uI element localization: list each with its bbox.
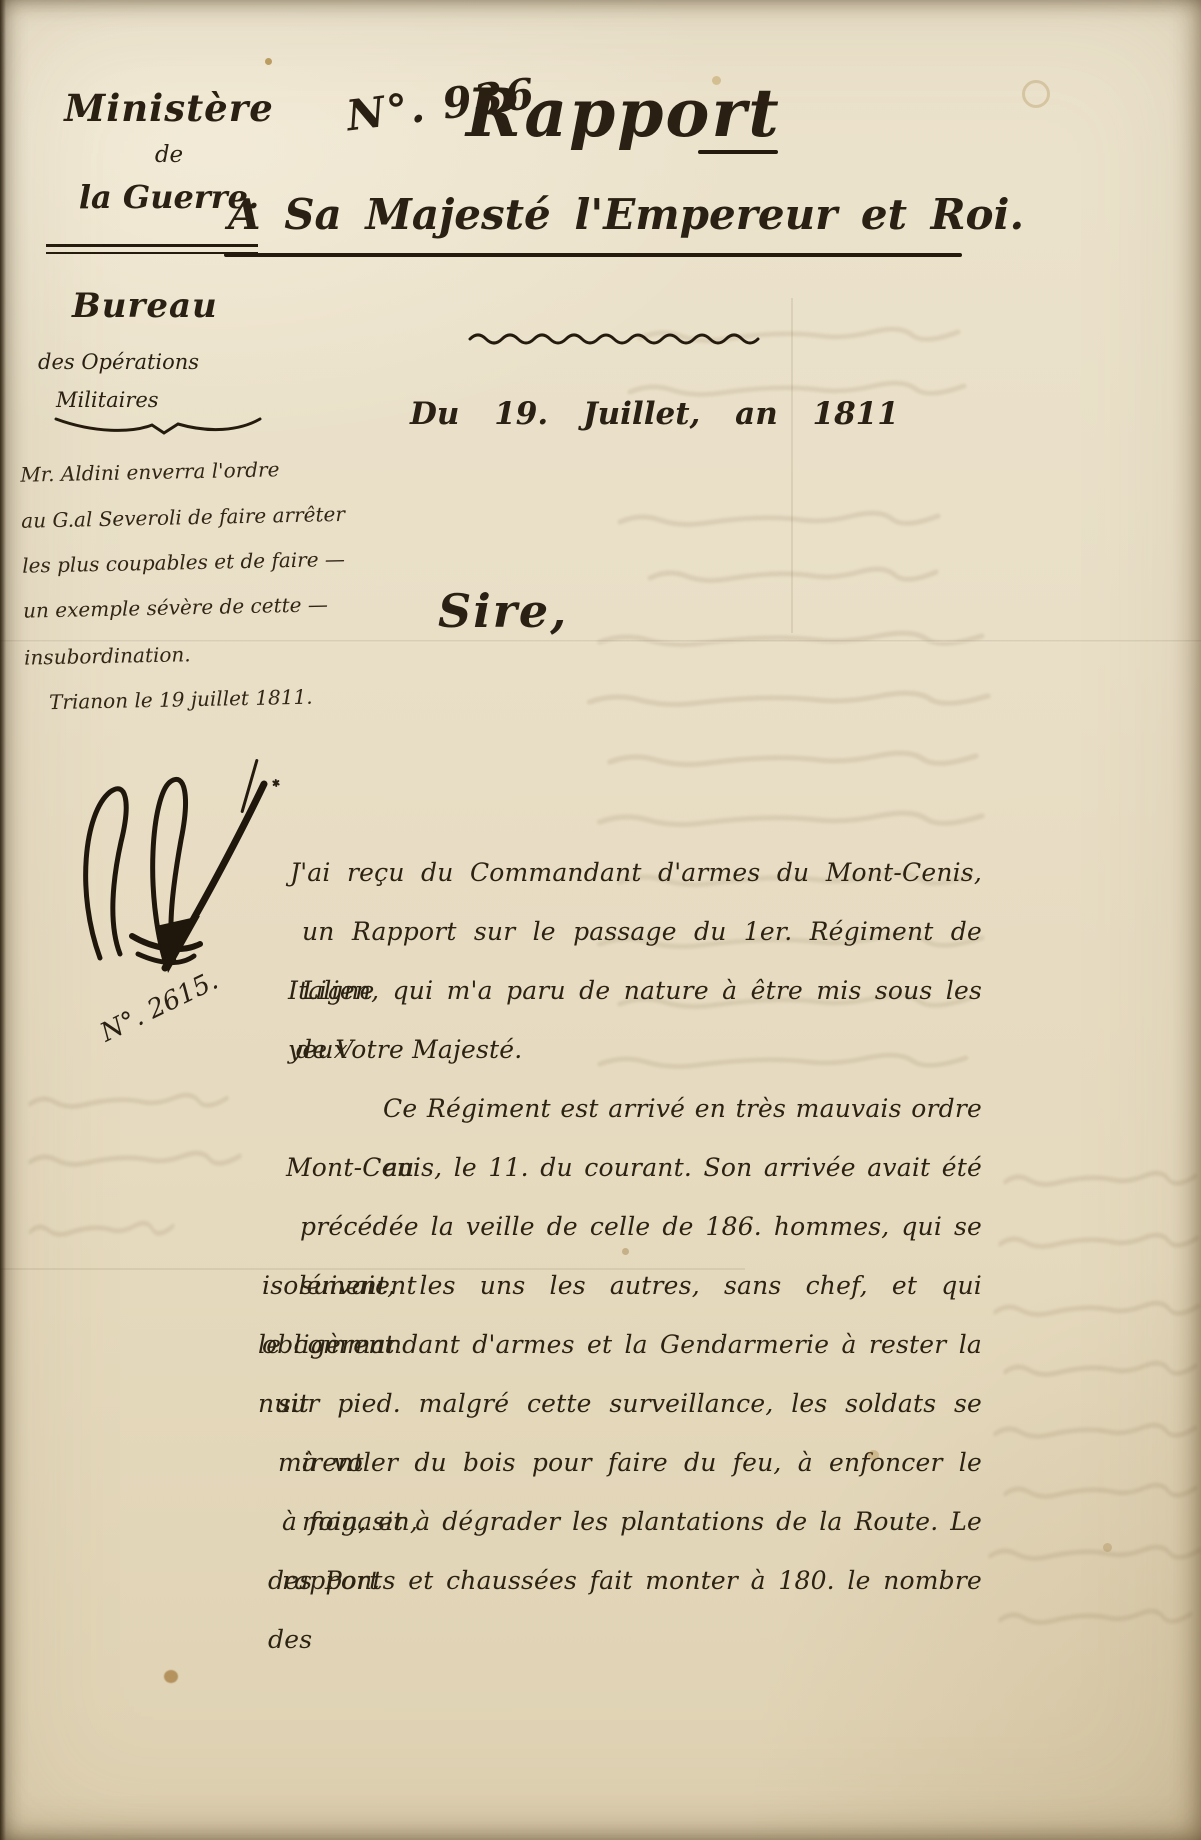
body-line: Mont-Cenis, le 11. du courant. Son arriv… — [258, 1138, 982, 1197]
foxing-stain — [1103, 1543, 1112, 1552]
addressee-line: A Sa Majesté l'Empereur et Roi. — [228, 190, 970, 239]
foxing-stain — [622, 1248, 629, 1255]
manuscript-page: Ministère de la Guerre. Bureau des Opéra… — [0, 0, 1201, 1840]
body-line: le commandant d'armes et la Gendarmerie … — [258, 1315, 982, 1374]
body-line: sur pied. malgré cette surveillance, les… — [258, 1374, 982, 1433]
body-line: à voler du bois pour faire du feu, à enf… — [258, 1433, 982, 1492]
scan-edge — [0, 0, 6, 1840]
bureau-militaires-label: Militaires — [56, 388, 159, 412]
ministry-de: de — [44, 142, 294, 168]
title-tail-stroke — [698, 150, 778, 154]
foxing-stain — [1022, 80, 1050, 108]
paper-crease — [791, 298, 793, 633]
body-line: J'ai reçu du Commandant d'armes du Mont-… — [258, 843, 982, 902]
paper-crease — [0, 1268, 745, 1270]
bureau-label: Bureau — [72, 286, 218, 326]
report-title: Rapport — [466, 74, 781, 152]
body-text: J'ai reçu du Commandant d'armes du Mont-… — [258, 843, 982, 1610]
body-line: des Ponts et chaussées fait monter à 180… — [258, 1551, 982, 1610]
bureau-operations-label: des Opérations — [38, 350, 199, 374]
body-line: précédée la veille de celle de 186. homm… — [258, 1197, 982, 1256]
body-line: Ce Régiment est arrivé en très mauvais o… — [258, 1079, 982, 1138]
date-line: Du 19. Juillet, an 1811 — [410, 396, 899, 432]
margin-note-line: insubordination. — [24, 642, 191, 669]
ministry-name: Ministère — [44, 86, 294, 130]
salutation: Sire, — [438, 584, 568, 638]
ink-speck — [272, 782, 281, 791]
foxing-stain — [265, 58, 272, 65]
body-line: isolément, les uns les autres, sans chef… — [258, 1256, 982, 1315]
brace-underline-flourish — [54, 416, 262, 436]
wavy-rule — [468, 330, 768, 346]
addressee-underline — [224, 253, 962, 257]
body-line: à foin, et à dégrader les plantations de… — [258, 1492, 982, 1551]
body-line: un Rapport sur le passage du 1er. Régime… — [258, 902, 982, 961]
paper-crease — [0, 640, 1201, 643]
foxing-stain — [164, 1670, 178, 1683]
body-line: de Votre Majesté. — [258, 1020, 982, 1079]
body-line: Italien, qui m'a paru de nature à être m… — [258, 961, 982, 1020]
foxing-stain — [868, 1450, 879, 1460]
foxing-stain — [712, 76, 721, 85]
